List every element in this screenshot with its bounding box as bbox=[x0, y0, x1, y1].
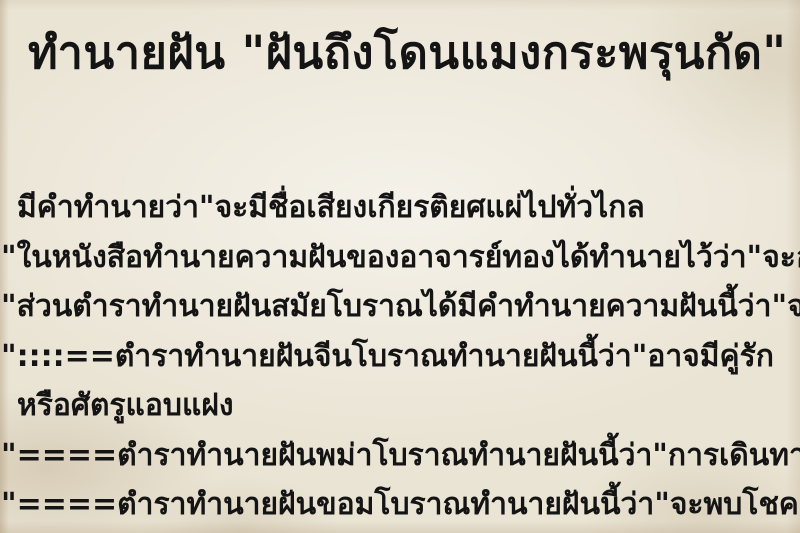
body-line-6: "====ตำราทำนายฝันพม่าโบราณทำนายฝันนี้ว่า… bbox=[1, 431, 800, 481]
body-line-3: "ส่วนตำราทำนายฝันสมัยโบราณได้มีคำทำนายคว… bbox=[1, 282, 800, 332]
parchment-page: ทำนายฝัน "ฝันถึงโดนแมงกระพรุนกัด" มีคำทำ… bbox=[0, 0, 800, 533]
body-line-5: หรือศัตรูแอบแฝง bbox=[17, 381, 800, 431]
body-text-block: มีคำทำนายว่า"จะมีชื่อเสียงเกียรติยศแผ่ไป… bbox=[0, 183, 800, 530]
page-title: ทำนายฝัน "ฝันถึงโดนแมงกระพรุนกัด" bbox=[28, 16, 786, 88]
body-line-2: "ในหนังสือทำนายความฝันของอาจารย์ทองได้ทำ… bbox=[1, 233, 800, 283]
body-line-1: มีคำทำนายว่า"จะมีชื่อเสียงเกียรติยศแผ่ไป… bbox=[17, 183, 800, 233]
body-line-7: "====ตำราทำนายฝันขอมโบราณทำนายฝันนี้ว่า"… bbox=[1, 480, 800, 530]
body-line-4: "::::==ตำราทำนายฝันจีนโบราณทำนายฝันนี้ว่… bbox=[1, 332, 800, 382]
